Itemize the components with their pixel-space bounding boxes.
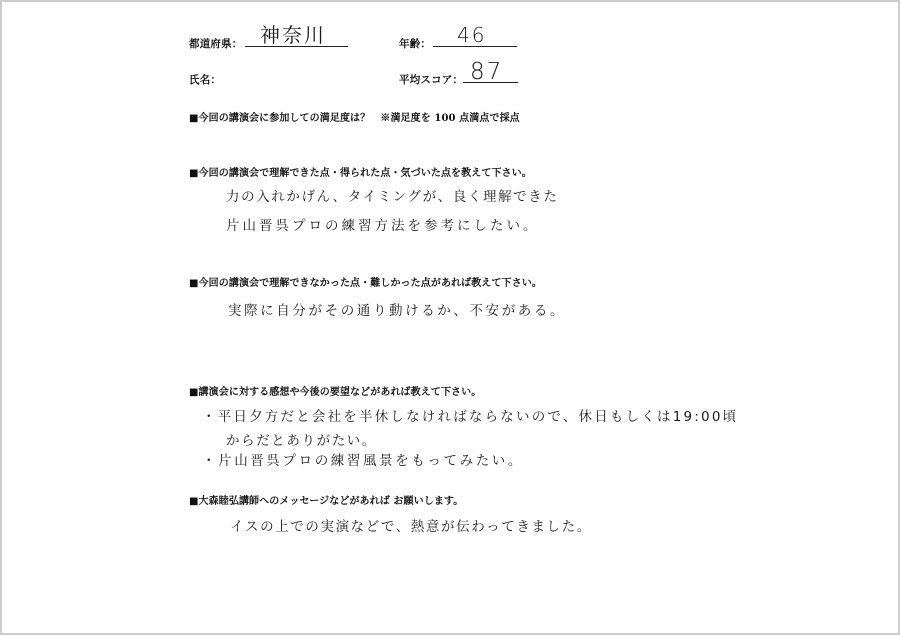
average-score-value: 87 bbox=[470, 59, 503, 85]
answer-impressions-line-1: ・平日夕方だと会社を半休しなければならないので、休日もしくは19:00頃 bbox=[202, 405, 738, 425]
answer-impressions-line-3: ・片山晋呉プロの練習風景をもってみたい。 bbox=[202, 449, 524, 469]
answer-not-understood-line-1: 実際に自分がその通り動けるか、不安がある。 bbox=[228, 299, 566, 319]
question-impressions: ■講演会に対する感想や今後の要望などがあれば教えて下さい。 bbox=[189, 383, 481, 398]
age-value: 46 bbox=[457, 23, 486, 47]
answer-understood-line-2: 片山晋呉プロの練習方法を参考にしたい。 bbox=[226, 214, 540, 234]
question-understood: ■今回の講演会で理解できた点・得られた点・気づいた点を教えて下さい。 bbox=[189, 164, 532, 179]
prefecture-value: 神奈川 bbox=[260, 19, 326, 48]
answer-impressions-line-2: からだとありがたい。 bbox=[226, 429, 377, 449]
question-satisfaction: ■今回の講演会に参加しての満足度は？ ※満足度を 100 点満点で採点 bbox=[189, 109, 520, 124]
answer-message-line-1: イスの上での実演などで、熱意が伝わってきました。 bbox=[230, 515, 592, 535]
answer-understood-line-1: 力の入れかげん、タイミングが、良く理解できた bbox=[226, 185, 558, 205]
prefecture-label: 都道府県： bbox=[189, 36, 243, 51]
age-label: 年齢： bbox=[399, 36, 431, 51]
question-not-understood: ■今回の講演会で理解できなかった点・難しかった点があれば教えて下さい。 bbox=[189, 274, 542, 289]
survey-form-page: 都道府県： 神奈川 年齢： 46 氏名： 平均スコア： 87 ■今回の講演会に参… bbox=[2, 2, 898, 633]
name-label: 氏名： bbox=[189, 72, 221, 87]
average-score-label: 平均スコア： bbox=[399, 72, 463, 87]
question-message-to-instructor: ■大森睦弘講師へのメッセージなどがあれば お願いします。 bbox=[189, 492, 463, 507]
